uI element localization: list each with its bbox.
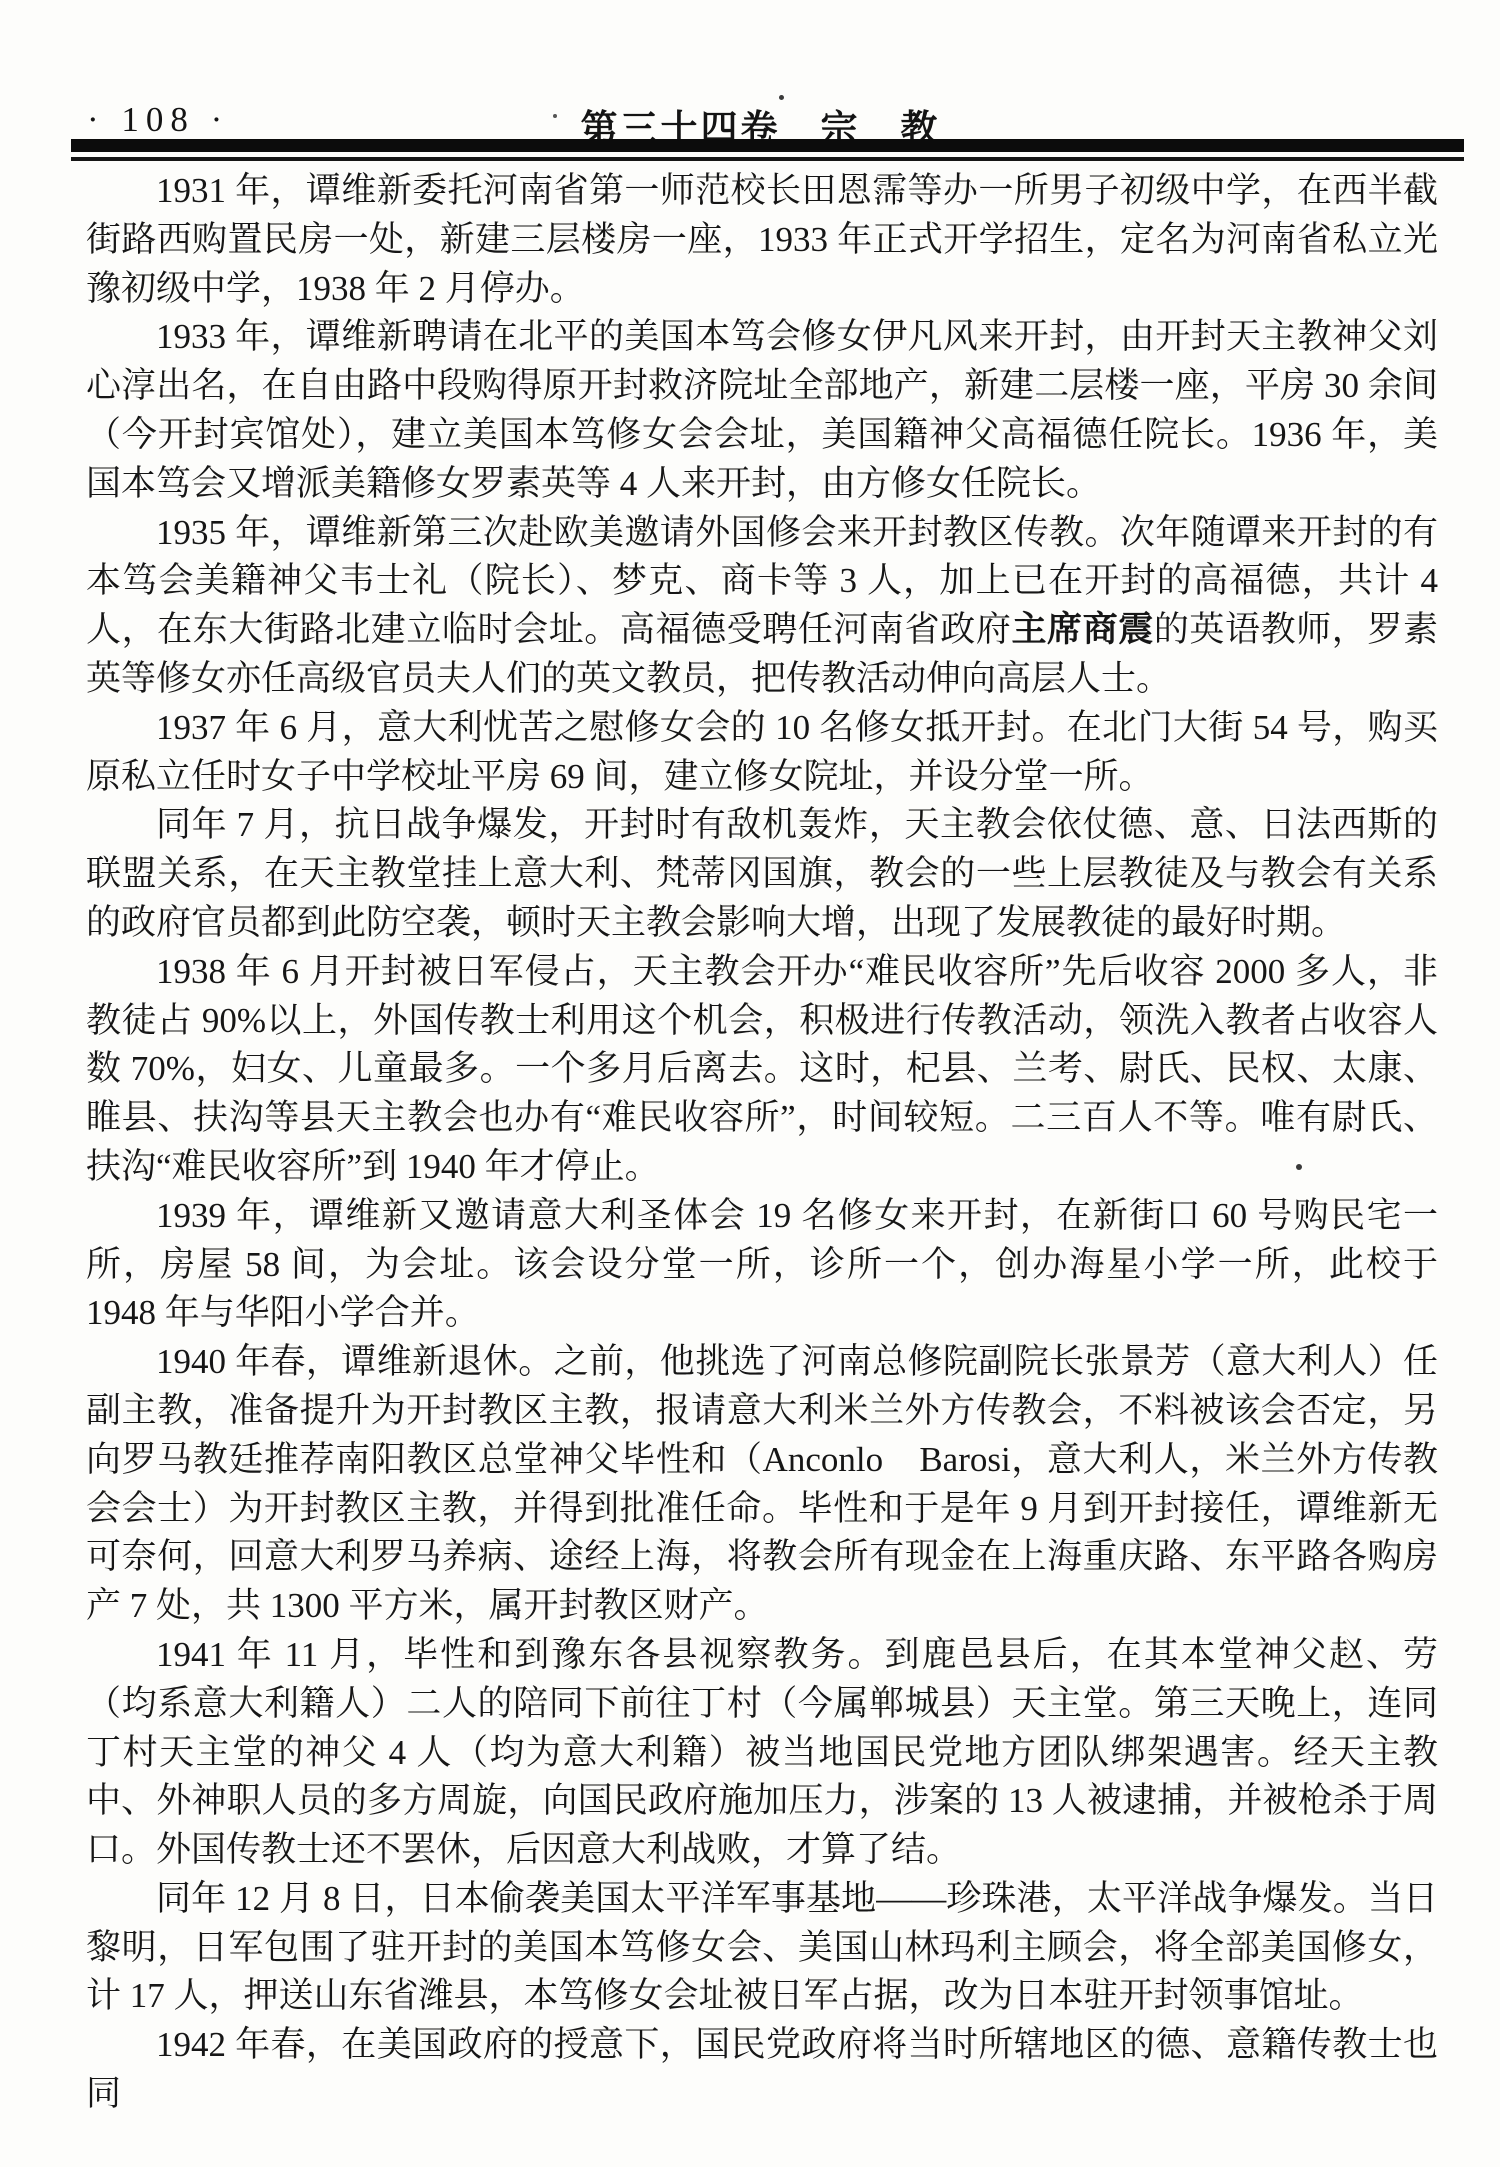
page-header: · 108 · 第三十四卷 宗 教 xyxy=(85,98,1436,142)
scanned-book-page: · 108 · 第三十四卷 宗 教 1931 年，谭维新委托河南省第一师范校长田… xyxy=(0,0,1500,2167)
body-text: 1931 年，谭维新委托河南省第一师范校长田恩霈等办一所男子初级中学，在西半截街… xyxy=(86,167,1438,2119)
paragraph: 1933 年，谭维新聘请在北平的美国本笃会修女伊凡风来开封，由开封天主教神父刘心… xyxy=(86,313,1438,508)
header-rule-thick xyxy=(71,139,1464,152)
paragraph: 1941 年 11 月，毕性和到豫东各县视察教务。到鹿邑县后，在其本堂神父赵、劳… xyxy=(86,1631,1438,1875)
paragraph: 同年 7 月，抗日战争爆发，开封时有敌机轰炸，天主教会依仗德、意、日法西斯的联盟… xyxy=(86,801,1438,947)
paragraph: 1938 年 6 月开封被日军侵占，天主教会开办“难民收容所”先后收容 2000… xyxy=(86,948,1438,1192)
scan-speck xyxy=(779,95,784,100)
paragraph: 1935 年，谭维新第三次赴欧美邀请外国修会来开封教区传教。次年随谭来开封的有本… xyxy=(86,509,1438,704)
paragraph: 1931 年，谭维新委托河南省第一师范校长田恩霈等办一所男子初级中学，在西半截街… xyxy=(86,167,1438,313)
paragraph: 1942 年春，在美国政府的授意下，国民党政府将当时所辖地区的德、意籍传教士也同 xyxy=(86,2021,1438,2119)
paragraph: 同年 12 月 8 日，日本偷袭美国太平洋军事基地——珍珠港，太平洋战争爆发。当… xyxy=(86,1875,1438,2021)
paragraph: 1940 年春，谭维新退休。之前，他挑选了河南总修院副院长张景芳（意大利人）任副… xyxy=(86,1338,1438,1631)
emphasized-name-run: 主席商震 xyxy=(1011,610,1153,649)
scan-speck xyxy=(553,114,557,118)
paragraph: 1937 年 6 月，意大利忧苦之慰修女会的 10 名修女抵开封。在北门大街 5… xyxy=(86,704,1438,802)
paragraph: 1939 年，谭维新又邀请意大利圣体会 19 名修女来开封，在新街口 60 号购… xyxy=(86,1192,1438,1338)
header-rule-thin xyxy=(71,157,1464,161)
